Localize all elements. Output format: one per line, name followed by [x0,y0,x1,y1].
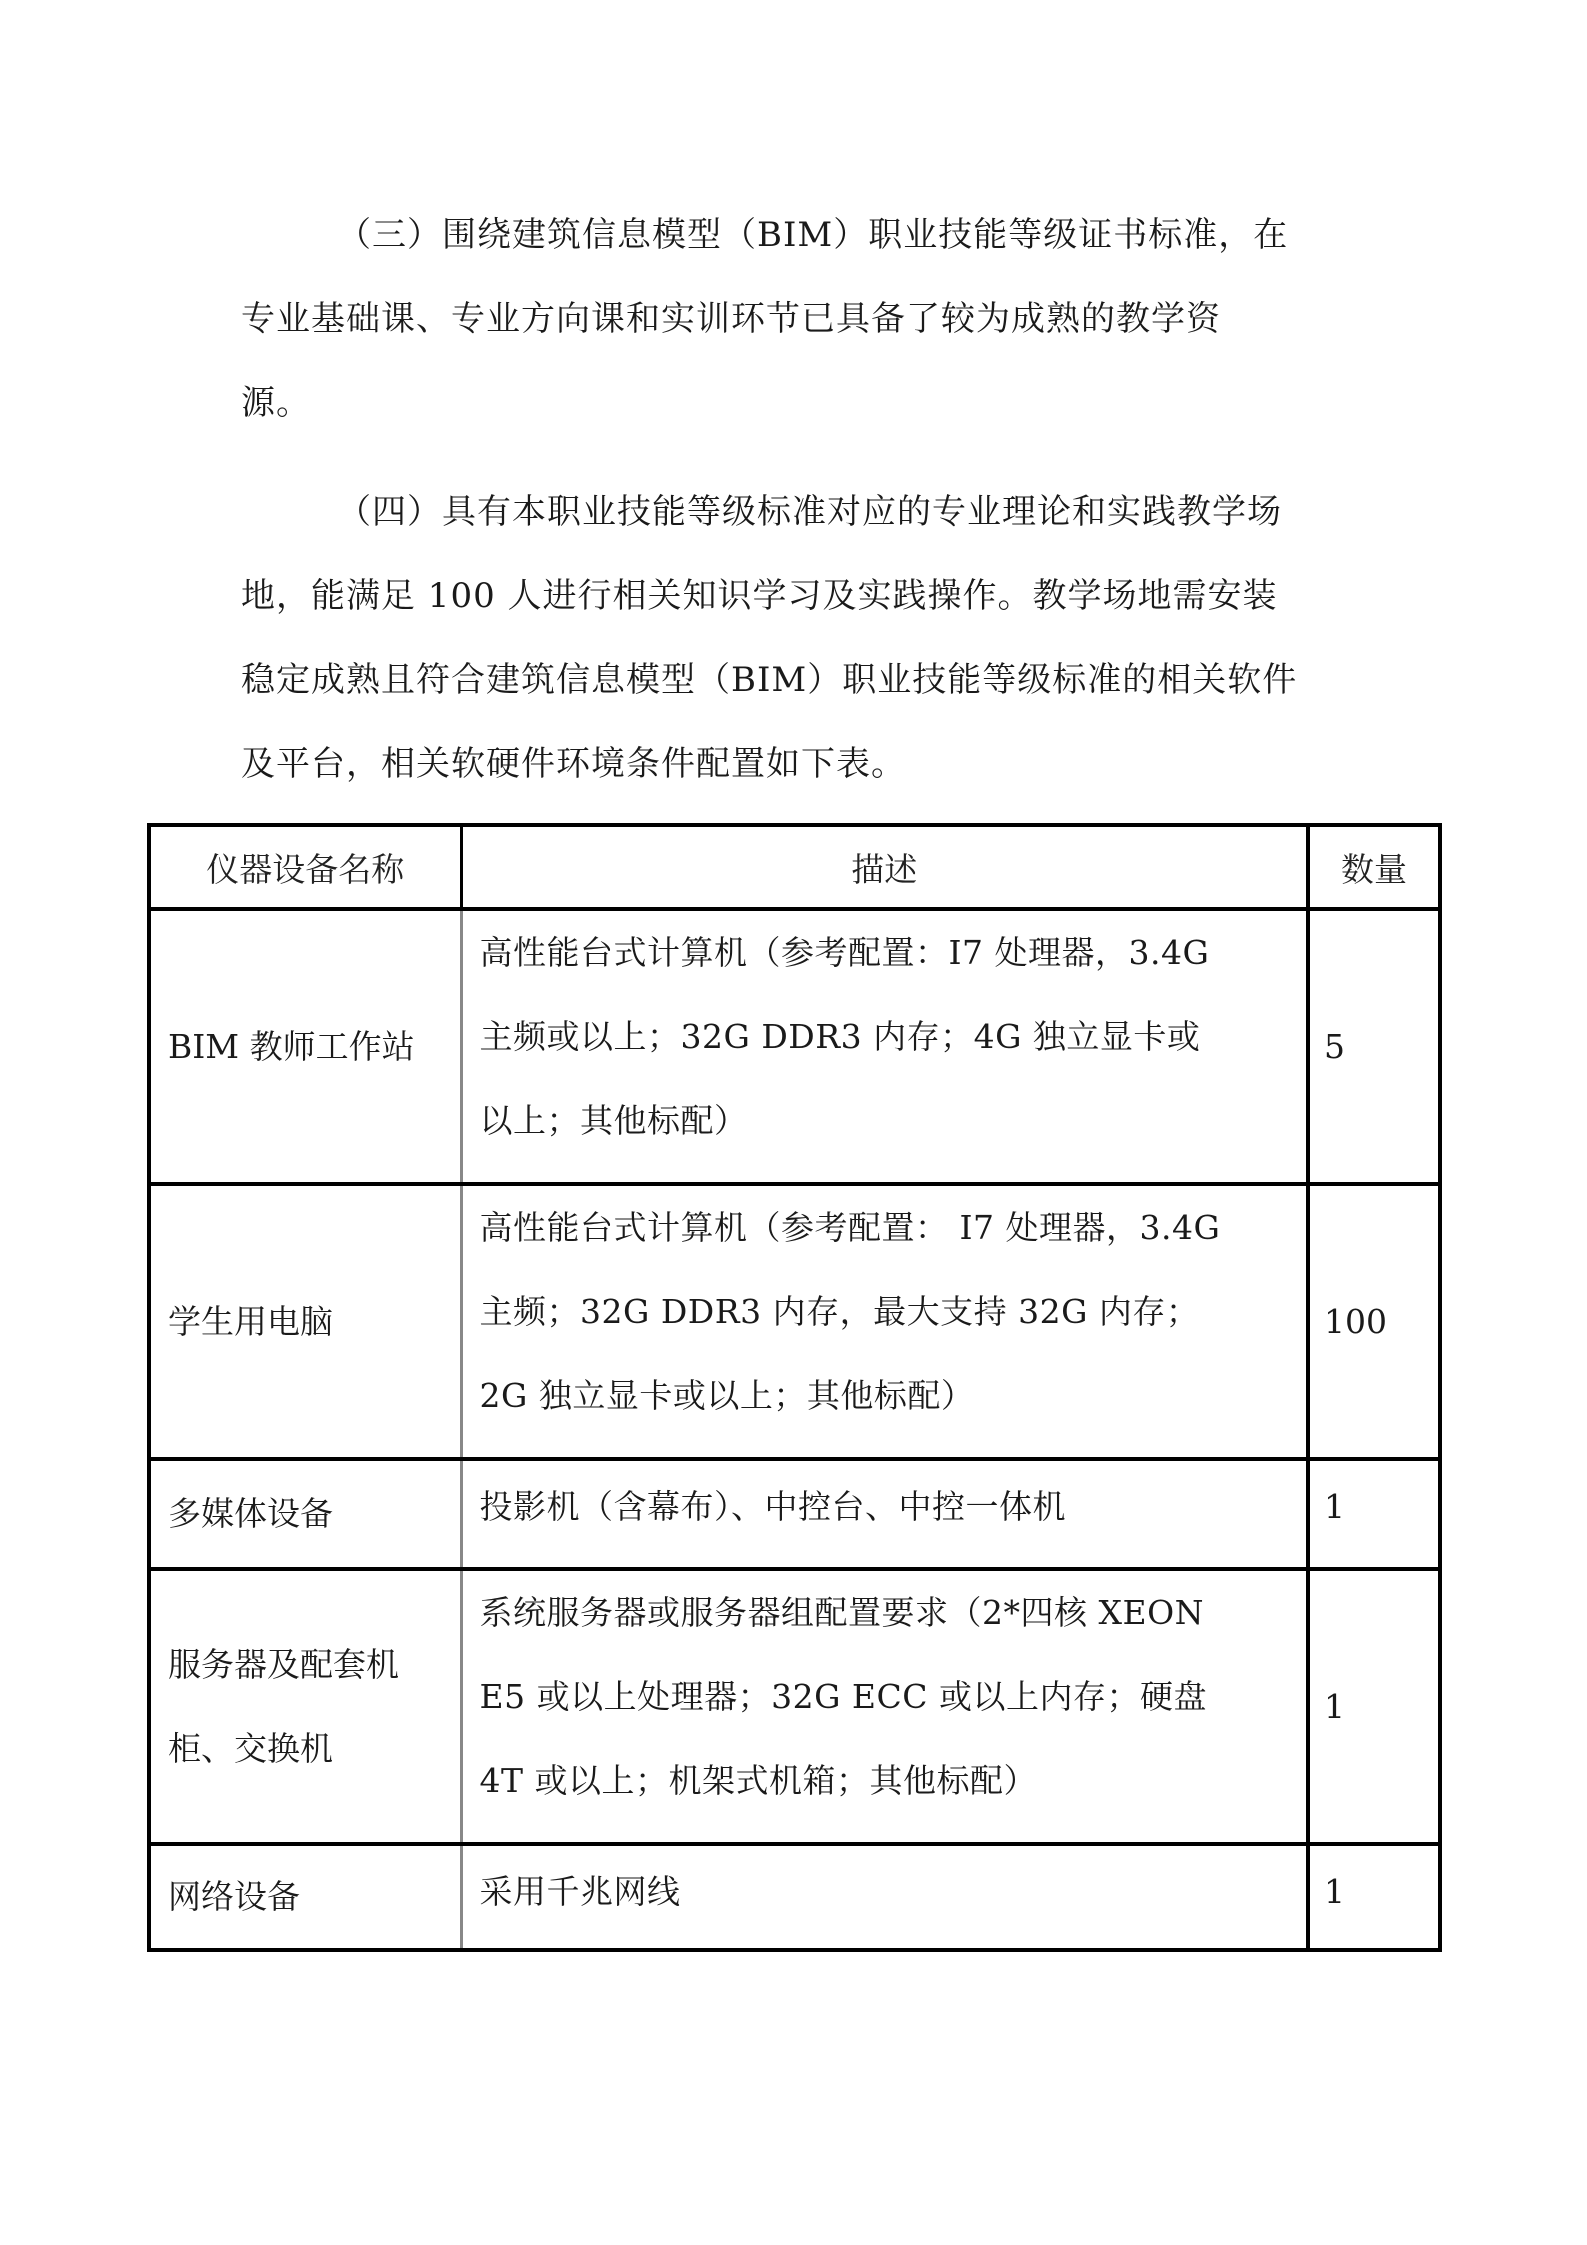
equipment-name: 网络设备 [168,1855,460,1939]
description-cell: 系统服务器或服务器组配置要求（2*四核 XEON E5 或以上处理器；32G E… [461,1569,1308,1844]
equipment-name: 学生用电脑 [168,1280,460,1364]
description-cell: 投影机（含幕布）、中控台、中控一体机 [461,1459,1308,1569]
paragraph-line: （四）具有本职业技能等级标准对应的专业理论和实践教学场 [241,470,1351,554]
equipment-name-cell: BIM 教师工作站 [149,909,461,1184]
description-cell: 采用千兆网线 [461,1844,1308,1950]
header-description: 描述 [461,825,1308,909]
header-equipment-name: 仪器设备名称 [149,825,461,909]
description-line: 以上；其他标配） [480,1079,1307,1163]
table-row: 学生用电脑 高性能台式计算机（参考配置： I7 处理器，3.4G 主频；32G … [149,1184,1440,1459]
equipment-name: BIM 教师工作站 [168,1005,460,1089]
description-cell: 高性能台式计算机（参考配置： I7 处理器，3.4G 主频；32G DDR3 内… [461,1184,1308,1459]
quantity-cell: 1 [1308,1569,1440,1844]
equipment-name: 服务器及配套机 [168,1623,460,1707]
equipment-name-cell: 多媒体设备 [149,1459,461,1569]
description-line: E5 或以上处理器；32G ECC 或以上内存；硬盘 [480,1655,1307,1739]
paragraph-line: 源。 [241,361,1351,445]
paragraph-line: （三）围绕建筑信息模型（BIM）职业技能等级证书标准，在 [241,193,1351,277]
paragraph-section-4: （四）具有本职业技能等级标准对应的专业理论和实践教学场 地，能满足 100 人进… [241,470,1351,806]
description-cell: 高性能台式计算机（参考配置：I7 处理器，3.4G 主频或以上；32G DDR3… [461,909,1308,1184]
description-line: 主频；32G DDR3 内存，最大支持 32G 内存； [480,1270,1307,1354]
description-line: 2G 独立显卡或以上；其他标配） [480,1354,1307,1438]
paragraph-line: 稳定成熟且符合建筑信息模型（BIM）职业技能等级标准的相关软件 [241,638,1351,722]
description-line: 4T 或以上；机架式机箱；其他标配） [480,1739,1307,1823]
description-line: 高性能台式计算机（参考配置：I7 处理器，3.4G [480,911,1307,995]
table-row: BIM 教师工作站 高性能台式计算机（参考配置：I7 处理器，3.4G 主频或以… [149,909,1440,1184]
quantity-cell: 1 [1308,1459,1440,1569]
paragraph-line: 及平台，相关软硬件环境条件配置如下表。 [241,722,1351,806]
header-quantity: 数量 [1308,825,1440,909]
description-line: 采用千兆网线 [480,1850,1307,1934]
equipment-name-cell: 网络设备 [149,1844,461,1950]
equipment-name: 多媒体设备 [168,1472,460,1556]
description-line: 系统服务器或服务器组配置要求（2*四核 XEON [480,1571,1307,1655]
paragraph-line: 地，能满足 100 人进行相关知识学习及实践操作。教学场地需安装 [241,554,1351,638]
description-line: 主频或以上；32G DDR3 内存；4G 独立显卡或 [480,995,1307,1079]
description-line: 高性能台式计算机（参考配置： I7 处理器，3.4G [480,1186,1307,1270]
table-row: 多媒体设备 投影机（含幕布）、中控台、中控一体机 1 [149,1459,1440,1569]
equipment-name: 柜、交换机 [168,1707,460,1791]
equipment-name-cell: 服务器及配套机 柜、交换机 [149,1569,461,1844]
quantity-cell: 100 [1308,1184,1440,1459]
quantity-cell: 5 [1308,909,1440,1184]
description-line: 投影机（含幕布）、中控台、中控一体机 [480,1465,1307,1549]
equipment-name-cell: 学生用电脑 [149,1184,461,1459]
paragraph-line: 专业基础课、专业方向课和实训环节已具备了较为成熟的教学资 [241,277,1351,361]
paragraph-section-3: （三）围绕建筑信息模型（BIM）职业技能等级证书标准，在 专业基础课、专业方向课… [241,193,1351,445]
table-row: 服务器及配套机 柜、交换机 系统服务器或服务器组配置要求（2*四核 XEON E… [149,1569,1440,1844]
equipment-table: 仪器设备名称 描述 数量 BIM 教师工作站 高性能台式计算机（参考配置：I7 … [147,823,1442,1952]
table-header-row: 仪器设备名称 描述 数量 [149,825,1440,909]
quantity-cell: 1 [1308,1844,1440,1950]
table-row: 网络设备 采用千兆网线 1 [149,1844,1440,1950]
